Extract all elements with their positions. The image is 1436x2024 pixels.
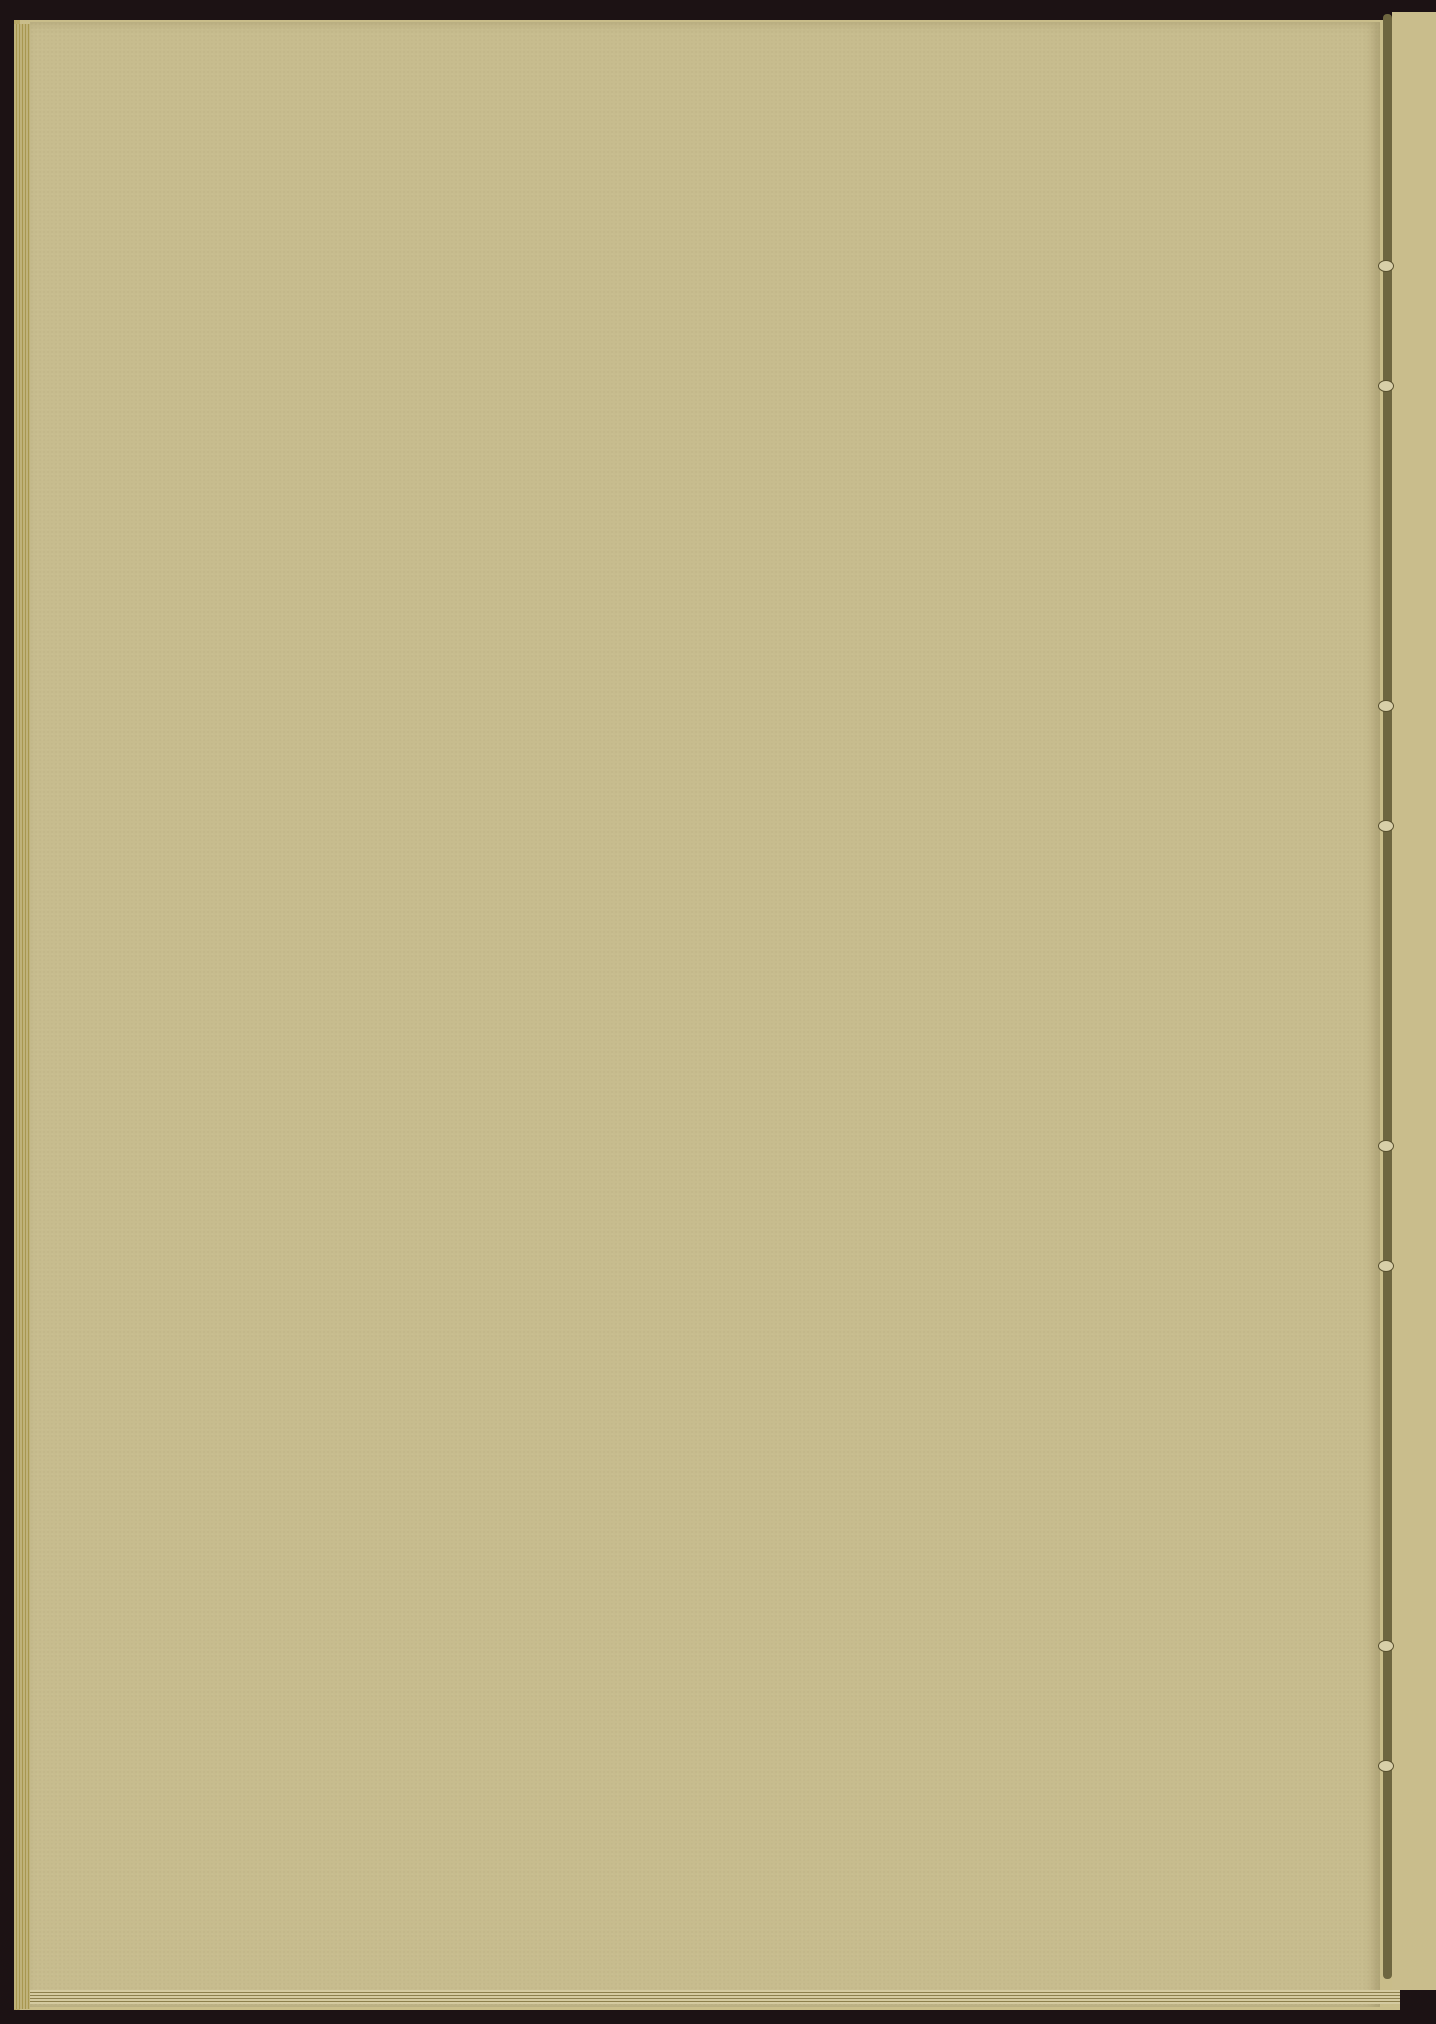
stitch-mark bbox=[1378, 1640, 1394, 1652]
left-page-blank bbox=[30, 22, 1380, 2007]
stitch-mark bbox=[1378, 1760, 1394, 1772]
bottom-deckle-edge bbox=[30, 1990, 1400, 2004]
binding-gutter bbox=[1383, 14, 1392, 1979]
stitch-mark bbox=[1378, 380, 1394, 392]
right-page-edge bbox=[1392, 12, 1436, 1990]
stitch-mark bbox=[1378, 1140, 1394, 1152]
stitch-mark bbox=[1378, 700, 1394, 712]
stitch-mark bbox=[1378, 1260, 1394, 1272]
stitch-mark bbox=[1378, 260, 1394, 272]
stitch-mark bbox=[1378, 820, 1394, 832]
page-edges bbox=[14, 24, 30, 2009]
